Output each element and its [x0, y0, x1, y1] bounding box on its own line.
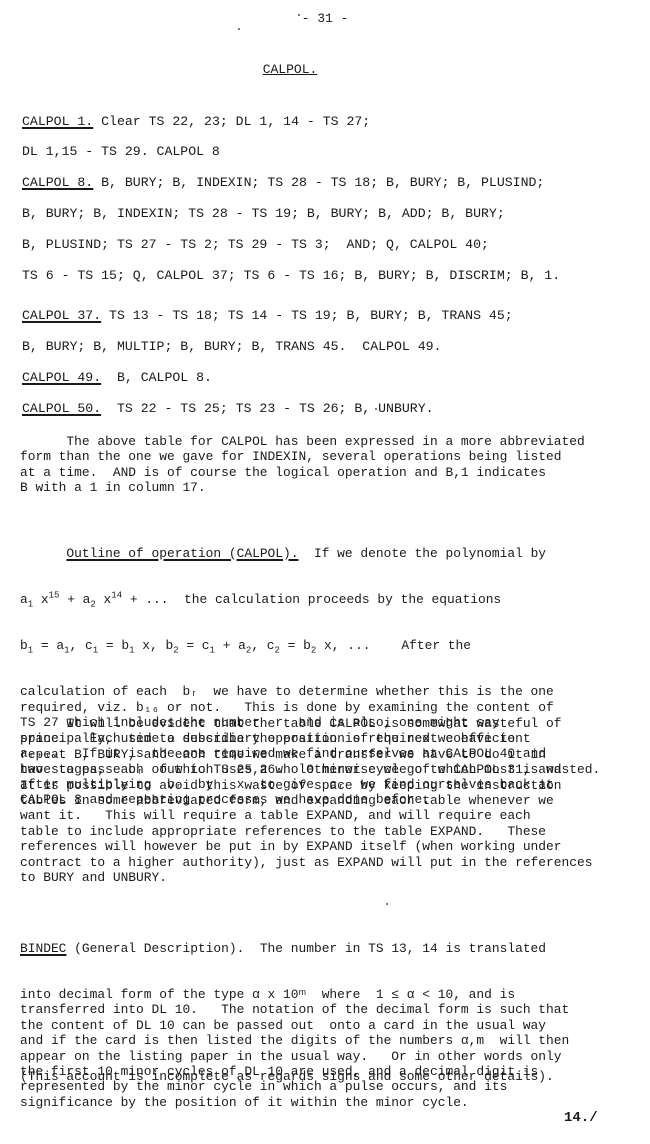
paragraph-line: calculation of each bᵣ we have to determ… [20, 684, 640, 699]
routine-instructions: B, CALPOL 8. [101, 370, 212, 385]
table-line: DL 1,15 - TS 29. CALPOL 8 [22, 144, 220, 159]
routine-instructions: B, BURY; B, INDEXIN; TS 28 - TS 19; B, B… [22, 206, 505, 221]
routine-label: CALPOL 8. [22, 175, 93, 190]
paragraph-line: the content of DL 10 can be passed out o… [20, 1018, 640, 1033]
table-line: CALPOL 1. Clear TS 22, 23; DL 1, 14 - TS… [22, 114, 370, 129]
paragraph-line: It is possible to avoid this waste of sp… [20, 778, 640, 793]
table-line: B, BURY; B, INDEXIN; TS 28 - TS 19; B, B… [22, 206, 505, 221]
outline-line-1-text: If we denote the polynomial by [299, 546, 547, 561]
paragraph-table-note: The above table for CALPOL has been expr… [20, 434, 640, 496]
routine-instructions: DL 1,15 - TS 29. CALPOL 8 [22, 144, 220, 159]
paragraph-line: B with a 1 in column 17. [20, 480, 640, 495]
paragraph-line: It will be evident that the table CALPOL… [20, 716, 640, 731]
paragraph-line: contract to a higher authority), just as… [20, 855, 640, 870]
routine-instructions: TS 13 - TS 18; TS 14 - TS 19; B, BURY; B… [101, 308, 513, 323]
paragraph-line: significance by the position of it withi… [20, 1095, 640, 1110]
page-number: - 31 - [0, 11, 650, 26]
paragraph-line: repeat B, BURY, and each time we make a … [20, 747, 640, 762]
paragraph-line: form than the one we gave for INDEXIN, s… [20, 449, 640, 464]
outline-line-1: Outline of operation (CALPOL). If we den… [20, 546, 640, 561]
paragraph-line: to BURY and UNBURY. [20, 870, 640, 885]
bindec-heading: BINDEC [20, 941, 66, 956]
paragraph-line: two stages, each of which uses a whole m… [20, 762, 640, 777]
outline-line-3-tail: After the [370, 638, 471, 653]
routine-instructions: B, PLUSIND; TS 27 - TS 2; TS 29 - TS 3; … [22, 237, 489, 252]
table-line: CALPOL 49. B, CALPOL 8. [22, 370, 212, 385]
paragraph-line: The above table for CALPOL has been expr… [20, 434, 640, 449]
scan-speck [298, 14, 300, 16]
continuation-ref: 14./ [564, 1110, 598, 1126]
outline-heading: Outline of operation (CALPOL). [66, 546, 298, 561]
scan-speck [238, 28, 240, 30]
scan-speck [386, 903, 388, 905]
table-line: CALPOL 37. TS 13 - TS 18; TS 14 - TS 19;… [22, 308, 513, 323]
table-line: B, PLUSIND; TS 27 - TS 2; TS 29 - TS 3; … [22, 237, 489, 252]
paragraph-wasteful-space: It will be evident that the table CALPOL… [20, 716, 640, 885]
routine-instructions: TS 22 - TS 25; TS 23 - TS 26; B, UNBURY. [101, 401, 433, 416]
paragraph-line: want it. This will require a table EXPAN… [20, 808, 640, 823]
paragraph-line: and if the card is then listed the digit… [20, 1033, 640, 1048]
routine-label: CALPOL 50. [22, 401, 101, 416]
outline-line-3: b1 = a1, c1 = b1 x, b2 = c1 + a2, c2 = b… [20, 638, 640, 653]
routine-label: CALPOL 49. [22, 370, 101, 385]
routine-label: CALPOL 1. [22, 114, 93, 129]
routine-instructions: B, BURY; B, INDEXIN; TS 28 - TS 18; B, B… [93, 175, 544, 190]
routine-label: CALPOL 37. [22, 308, 101, 323]
outline-line-2: a1 x15 + a2 x14 + ... the calculation pr… [20, 592, 640, 607]
table-line: CALPOL 50. TS 22 - TS 25; TS 23 - TS 26;… [22, 401, 434, 416]
paragraph-line: appear on the listing paper in the usual… [20, 1049, 640, 1064]
section-title: CALPOL. [0, 62, 580, 77]
paragraph-line: tables in some abbreviated form, and exp… [20, 793, 640, 808]
table-line: TS 6 - TS 15; Q, CALPOL 37; TS 6 - TS 16… [22, 268, 560, 283]
routine-instructions: B, BURY; B, MULTIP; B, BURY; B, TRANS 45… [22, 339, 441, 354]
bindec-remaining-lines: into decimal form of the type α x 10ᵐ wh… [20, 987, 640, 1110]
section-title-text: CALPOL. [263, 62, 318, 77]
bindec-line-1-text: (General Description). The number in TS … [66, 941, 546, 956]
table-line: CALPOL 8. B, BURY; B, INDEXIN; TS 28 - T… [22, 175, 544, 190]
paragraph-line: into decimal form of the type α x 10ᵐ wh… [20, 987, 640, 1002]
paragraph-line: space. Each time a subsidiary operation … [20, 731, 640, 746]
paragraph-line: required, viz. b₁₆ or not. This is done … [20, 700, 640, 715]
routine-instructions: Clear TS 22, 23; DL 1, 14 - TS 27; [93, 114, 370, 129]
routine-instructions: TS 6 - TS 15; Q, CALPOL 37; TS 6 - TS 16… [22, 268, 560, 283]
outline-line-2-text: the calculation proceeds by the equation… [184, 592, 501, 607]
paragraph-line: references will however be put in by EXP… [20, 839, 640, 854]
paragraph-bindec: BINDEC (General Description). The number… [20, 910, 640, 1141]
table-line: B, BURY; B, MULTIP; B, BURY; B, TRANS 45… [22, 339, 441, 354]
paragraph-incomplete-note: (This account is incomplete as regards s… [20, 1069, 640, 1084]
paragraph-line: at a time. AND is of course the logical … [20, 465, 640, 480]
scan-speck [375, 408, 377, 410]
bindec-line-1: BINDEC (General Description). The number… [20, 941, 640, 956]
paragraph-line: table to include appropriate references … [20, 824, 640, 839]
paragraph-line: transferred into DL 10. The notation of … [20, 1002, 640, 1017]
